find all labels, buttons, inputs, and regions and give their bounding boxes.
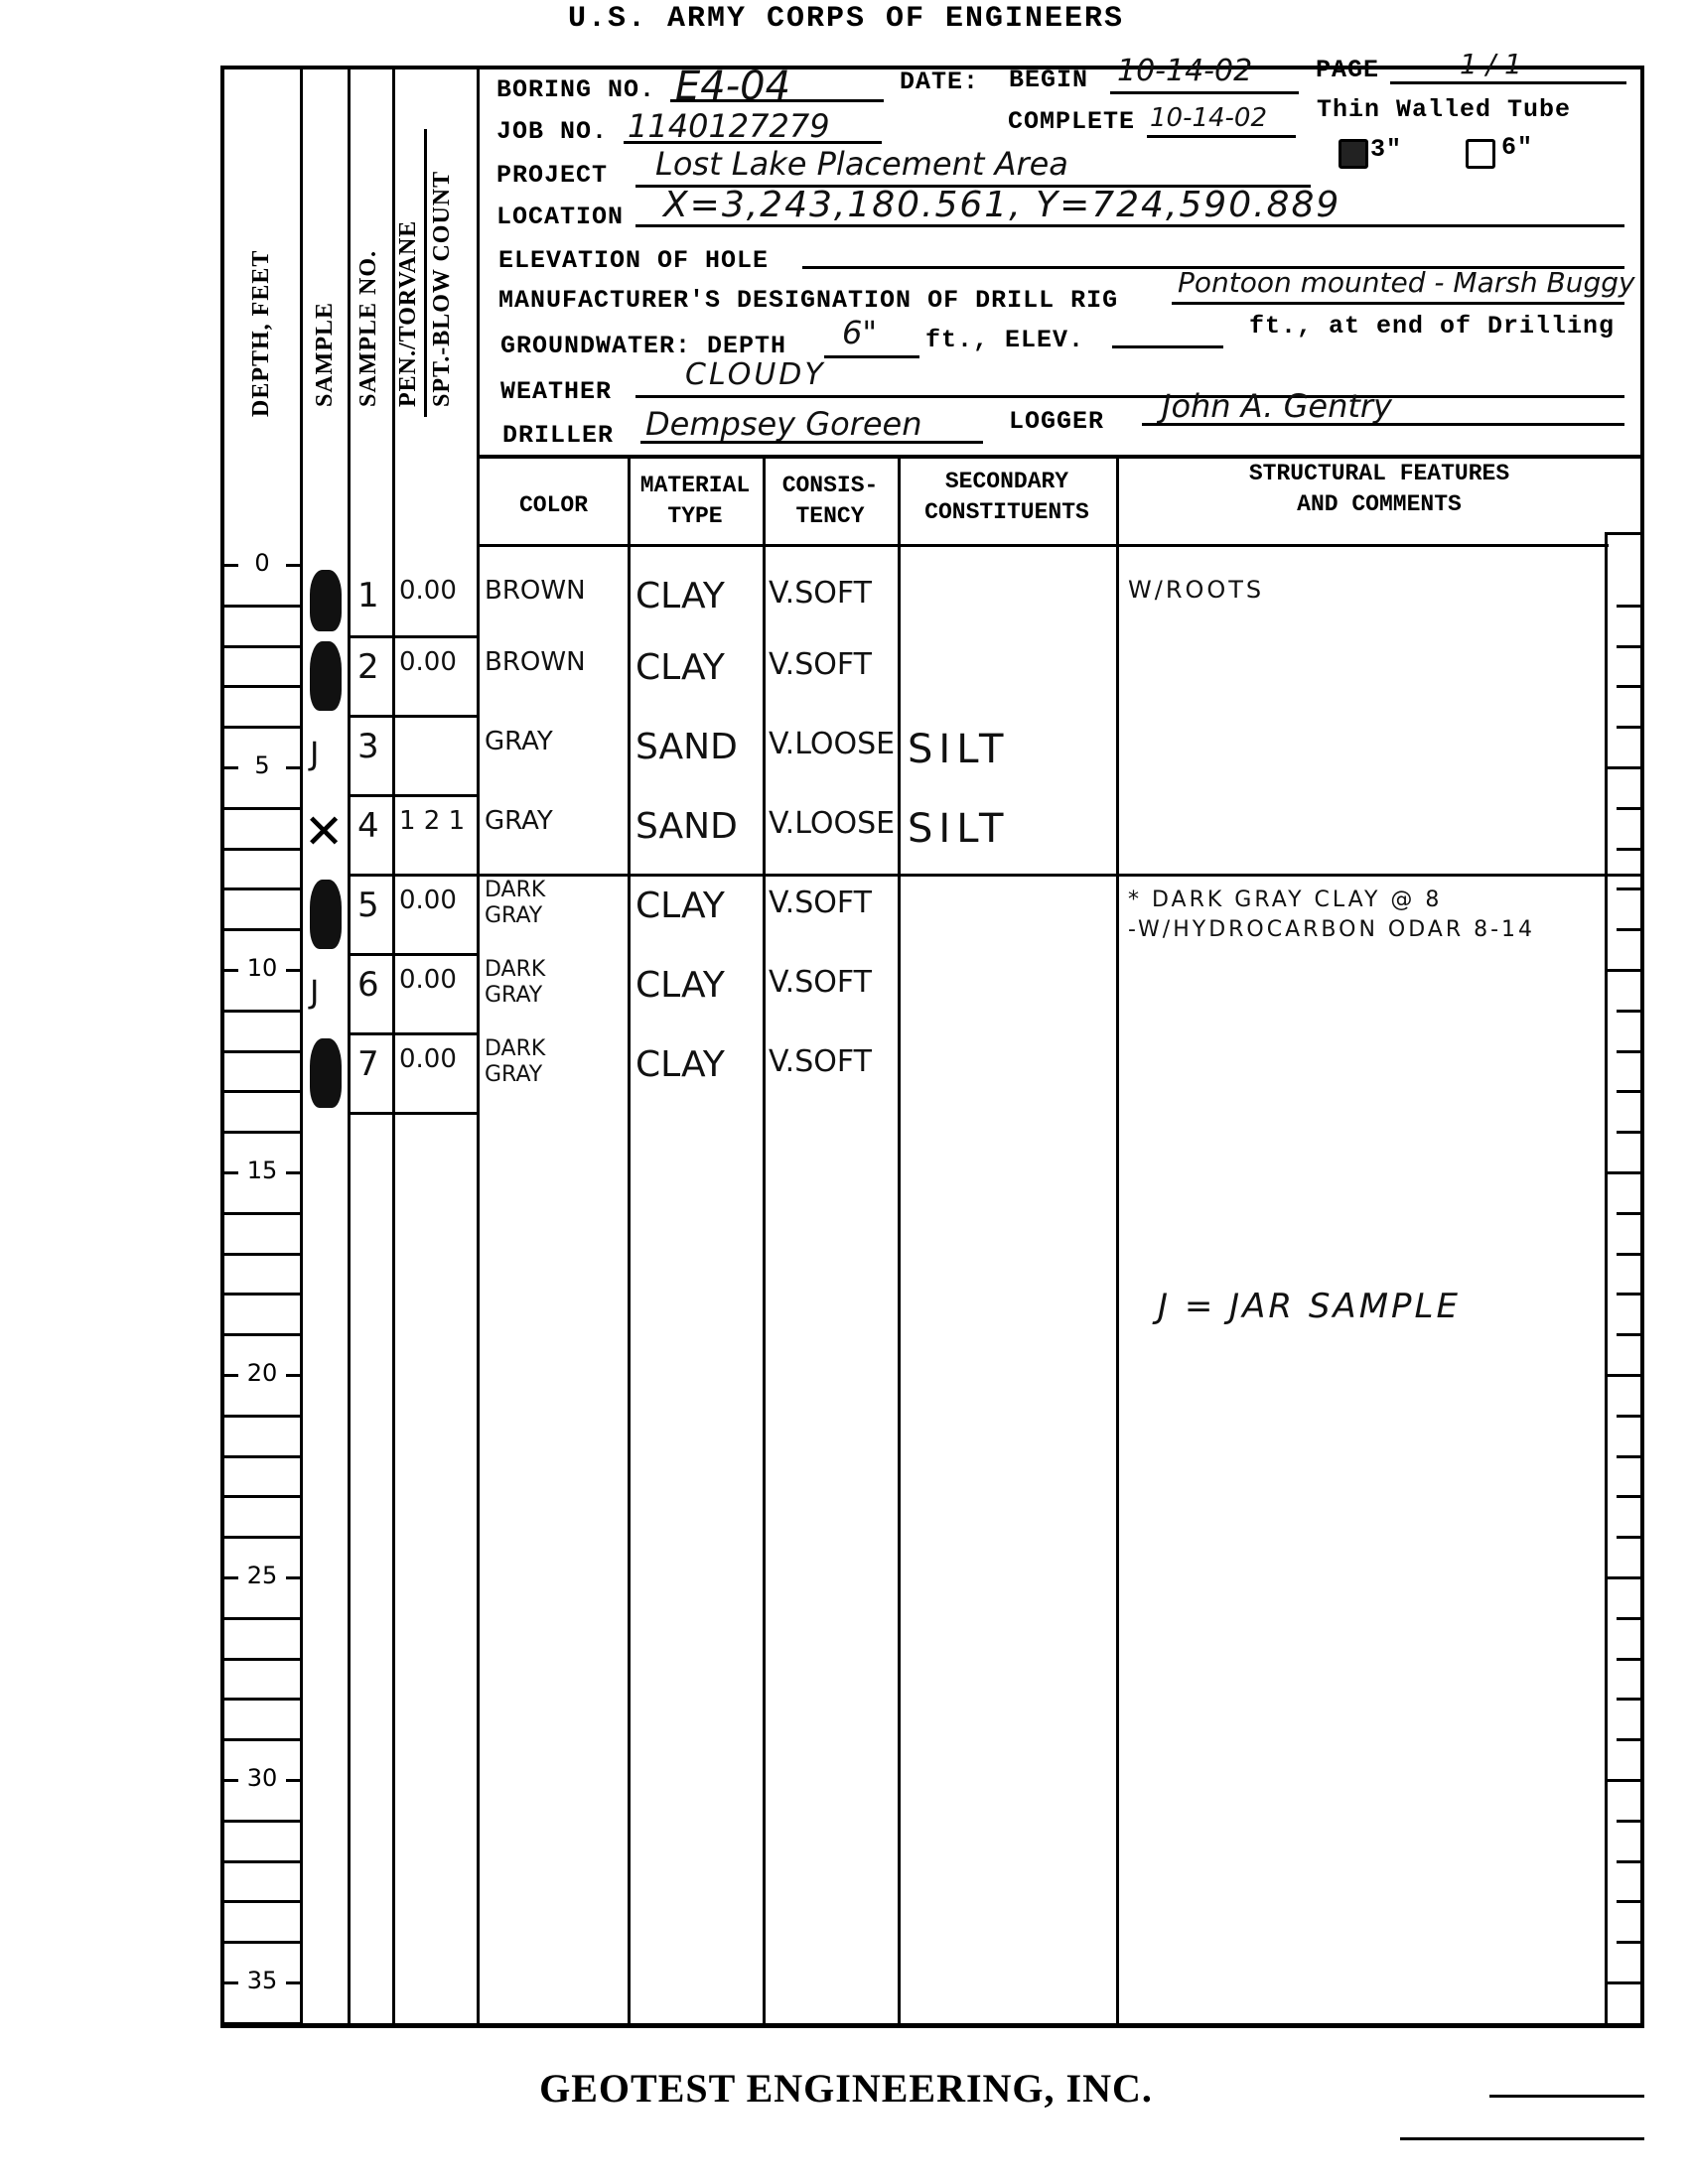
sample-no-cell: 3 [357,727,379,766]
pen-value-cell: 0.00 [399,576,457,606]
depth-label: 35 [227,1967,297,1994]
sample-no-cell: 7 [357,1044,379,1084]
color-cell: BROWN [485,576,586,606]
color-column-header: COLOR [480,490,628,521]
ft-elev-label: ft., ELEV. [925,326,1084,354]
date-label: DATE: [900,68,979,96]
undisturbed-sample-marker [310,570,342,631]
driller-label: DRILLER [502,421,614,450]
consistency-column-header: CONSIS-TENCY [763,471,898,532]
tube-label: Thin Walled Tube [1317,95,1571,124]
tube-6in-checkbox[interactable] [1466,139,1495,169]
jar-sample-legend: J = JAR SAMPLE [1158,1287,1461,1326]
color-cell: GRAY [485,806,553,836]
jar-sample-marker: J [310,973,319,1011]
color-cell: DARKGRAY [485,878,545,929]
boring-no-label: BORING NO. [496,75,655,104]
secondary-constituents-cell: SILT [908,806,1009,852]
pen-torvane-header: PEN./TORVANE [395,220,422,407]
drill-rig-label: MANUFACTURER'S DESIGNATION OF DRILL RIG [498,286,1118,315]
sample-column-header: SAMPLE [312,302,339,407]
consistency-cell: V.LOOSE [769,727,895,761]
depth-label: 25 [227,1562,297,1589]
pen-value-cell: 0.00 [399,647,457,677]
material-type-cell: CLAY [635,647,725,688]
agency-title: U.S. ARMY CORPS OF ENGINEERS [0,2,1692,36]
elevation-label: ELEVATION OF HOLE [498,246,769,275]
secondary-constituents-column-header: SECONDARYCONSTITUENTS [898,467,1116,528]
color-cell: DARKGRAY [485,1036,545,1088]
job-no-label: JOB NO. [496,117,608,146]
tube-3in-checkbox[interactable] [1339,139,1368,169]
depth-label: 15 [227,1157,297,1184]
secondary-constituents-cell: SILT [908,727,1009,772]
depth-label: 0 [227,549,297,577]
color-cell: DARKGRAY [485,957,545,1009]
page-value[interactable]: 1 / 1 [1460,48,1522,80]
pen-value-cell: 0.00 [399,965,457,995]
tube-6in-label: 6" [1501,133,1533,162]
tube-3in-label: 3" [1370,135,1402,164]
project-value[interactable]: Lost Lake Placement Area [655,145,1068,183]
pen-value-cell: 0.00 [399,1044,457,1074]
logger-value[interactable]: John A. Gentry [1162,387,1392,425]
color-cell: BROWN [485,647,586,677]
depth-label: 20 [227,1359,297,1387]
spt-sample-marker: ✕ [304,804,344,860]
job-no-value[interactable]: 1140127279 [628,107,830,145]
groundwater-label: GROUNDWATER: DEPTH [500,332,786,360]
undisturbed-sample-marker [310,641,342,711]
depth-label: 30 [227,1764,297,1792]
drill-rig-value[interactable]: Pontoon mounted - Marsh Buggy [1178,266,1635,299]
driller-value[interactable]: Dempsey Goreen [645,405,921,443]
complete-date-value[interactable]: 10-14-02 [1150,103,1267,133]
sample-no-cell: 1 [357,576,379,615]
material-type-cell: CLAY [635,1044,725,1085]
boring-no-value[interactable]: E4-04 [675,64,790,109]
location-value[interactable]: X=3,243,180.561, Y=724,590.889 [663,185,1340,225]
sample-no-cell: 4 [357,806,379,846]
consistency-cell: V.LOOSE [769,806,895,841]
logger-label: LOGGER [1009,407,1104,436]
sample-no-cell: 6 [357,965,379,1005]
depth-column-header: DEPTH, FEET [248,250,275,417]
pen-value-cell: 0.00 [399,886,457,915]
comments-cell: W/ROOTS [1128,576,1264,604]
structural-features-column-header: STRUCTURAL FEATURESAND COMMENTS [1116,459,1642,520]
material-type-cell: SAND [635,727,738,767]
groundwater-depth-value[interactable]: 6" [842,314,877,351]
undisturbed-sample-marker [310,1038,342,1108]
spt-blow-count-header: SPT.-BLOW COUNT [429,171,456,407]
color-cell: GRAY [485,727,553,756]
begin-date-value[interactable]: 10-14-02 [1117,54,1252,88]
page-label: PAGE [1316,56,1379,84]
material-type-column-header: MATERIALTYPE [628,471,763,532]
depth-label: 10 [227,954,297,982]
material-type-cell: CLAY [635,965,725,1006]
sample-no-column-header: SAMPLE NO. [355,250,382,407]
weather-value[interactable]: CLOUDY [685,357,826,392]
consistency-cell: V.SOFT [769,576,872,611]
end-of-drilling-label: ft., at end of Drilling [1249,312,1615,341]
material-type-cell: CLAY [635,576,725,616]
consistency-cell: V.SOFT [769,1044,872,1079]
pen-value-cell: 1 2 1 [399,806,465,836]
consistency-cell: V.SOFT [769,647,872,682]
consistency-cell: V.SOFT [769,886,872,920]
consistency-cell: V.SOFT [769,965,872,1000]
complete-label: COMPLETE [1008,107,1135,136]
material-type-cell: CLAY [635,886,725,926]
sample-no-cell: 5 [357,886,379,925]
jar-sample-marker: J [310,735,319,772]
location-label: LOCATION [496,203,624,231]
depth-label: 5 [227,751,297,779]
begin-label: BEGIN [1009,66,1088,94]
weather-label: WEATHER [500,377,612,406]
undisturbed-sample-marker [310,880,342,949]
sample-no-cell: 2 [357,647,379,687]
project-label: PROJECT [496,161,608,190]
comments-cell: * DARK GRAY CLAY @ 8-W/HYDROCARBON ODAR … [1128,886,1535,945]
material-type-cell: SAND [635,806,738,847]
company-footer: GEOTEST ENGINEERING, INC. [0,2065,1692,2112]
